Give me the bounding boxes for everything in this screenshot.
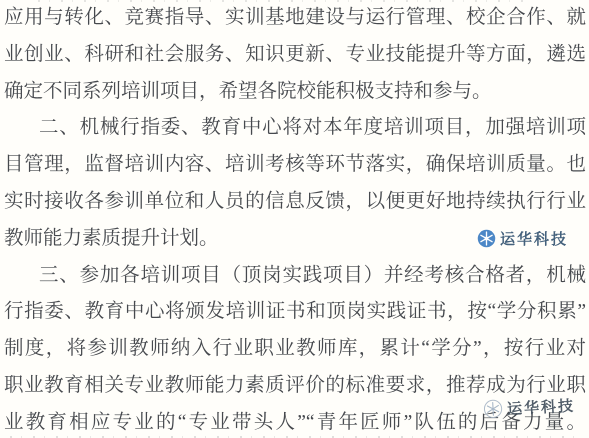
text-line: 确定不同系列培训项目，希望各院校能积极支持和参与。: [4, 74, 586, 111]
text-line: 业教育相应专业的“专业带头人”“青年匠师”队伍的后备力量。: [4, 405, 586, 438]
document-page: 应用与转化、竞赛指导、实训基地建设与运行管理、校企合作、就业创业、科研和社会服务…: [0, 0, 589, 438]
text-line: 目管理，监督培训内容、培训考核等环节落实，确保培训质量。也: [4, 147, 586, 184]
document-lines: 应用与转化、竞赛指导、实训基地建设与运行管理、校企合作、就业创业、科研和社会服务…: [4, 0, 586, 438]
text-line: 应用与转化、竞赛指导、实训基地建设与运行管理、校企合作、就: [4, 0, 586, 37]
text-line: 职业教育相关专业教师能力素质评价的标准要求，推荐成为行业职: [4, 368, 586, 405]
text-line: 二、机械行指委、教育中心将对本年度培训项目，加强培训项: [4, 110, 586, 147]
text-line: 业创业、科研和社会服务、知识更新、专业技能提升等方面，遴选: [4, 37, 586, 74]
text-line: 行指委、教育中心将颁发培训证书和顶岗实践证书，按“学分积累”: [4, 294, 586, 331]
text-line: 三、参加各培训项目（顶岗实践项目）并经考核合格者，机械: [4, 258, 586, 295]
text-line: 制度，将参训教师纳入行业职业教师库，累计“学分”，按行业对: [4, 331, 586, 368]
text-line: 实时接收各参训单位和人员的信息反馈，以便更好地持续执行行业: [4, 184, 586, 221]
text-line: 教师能力素质提升计划。: [4, 221, 586, 258]
